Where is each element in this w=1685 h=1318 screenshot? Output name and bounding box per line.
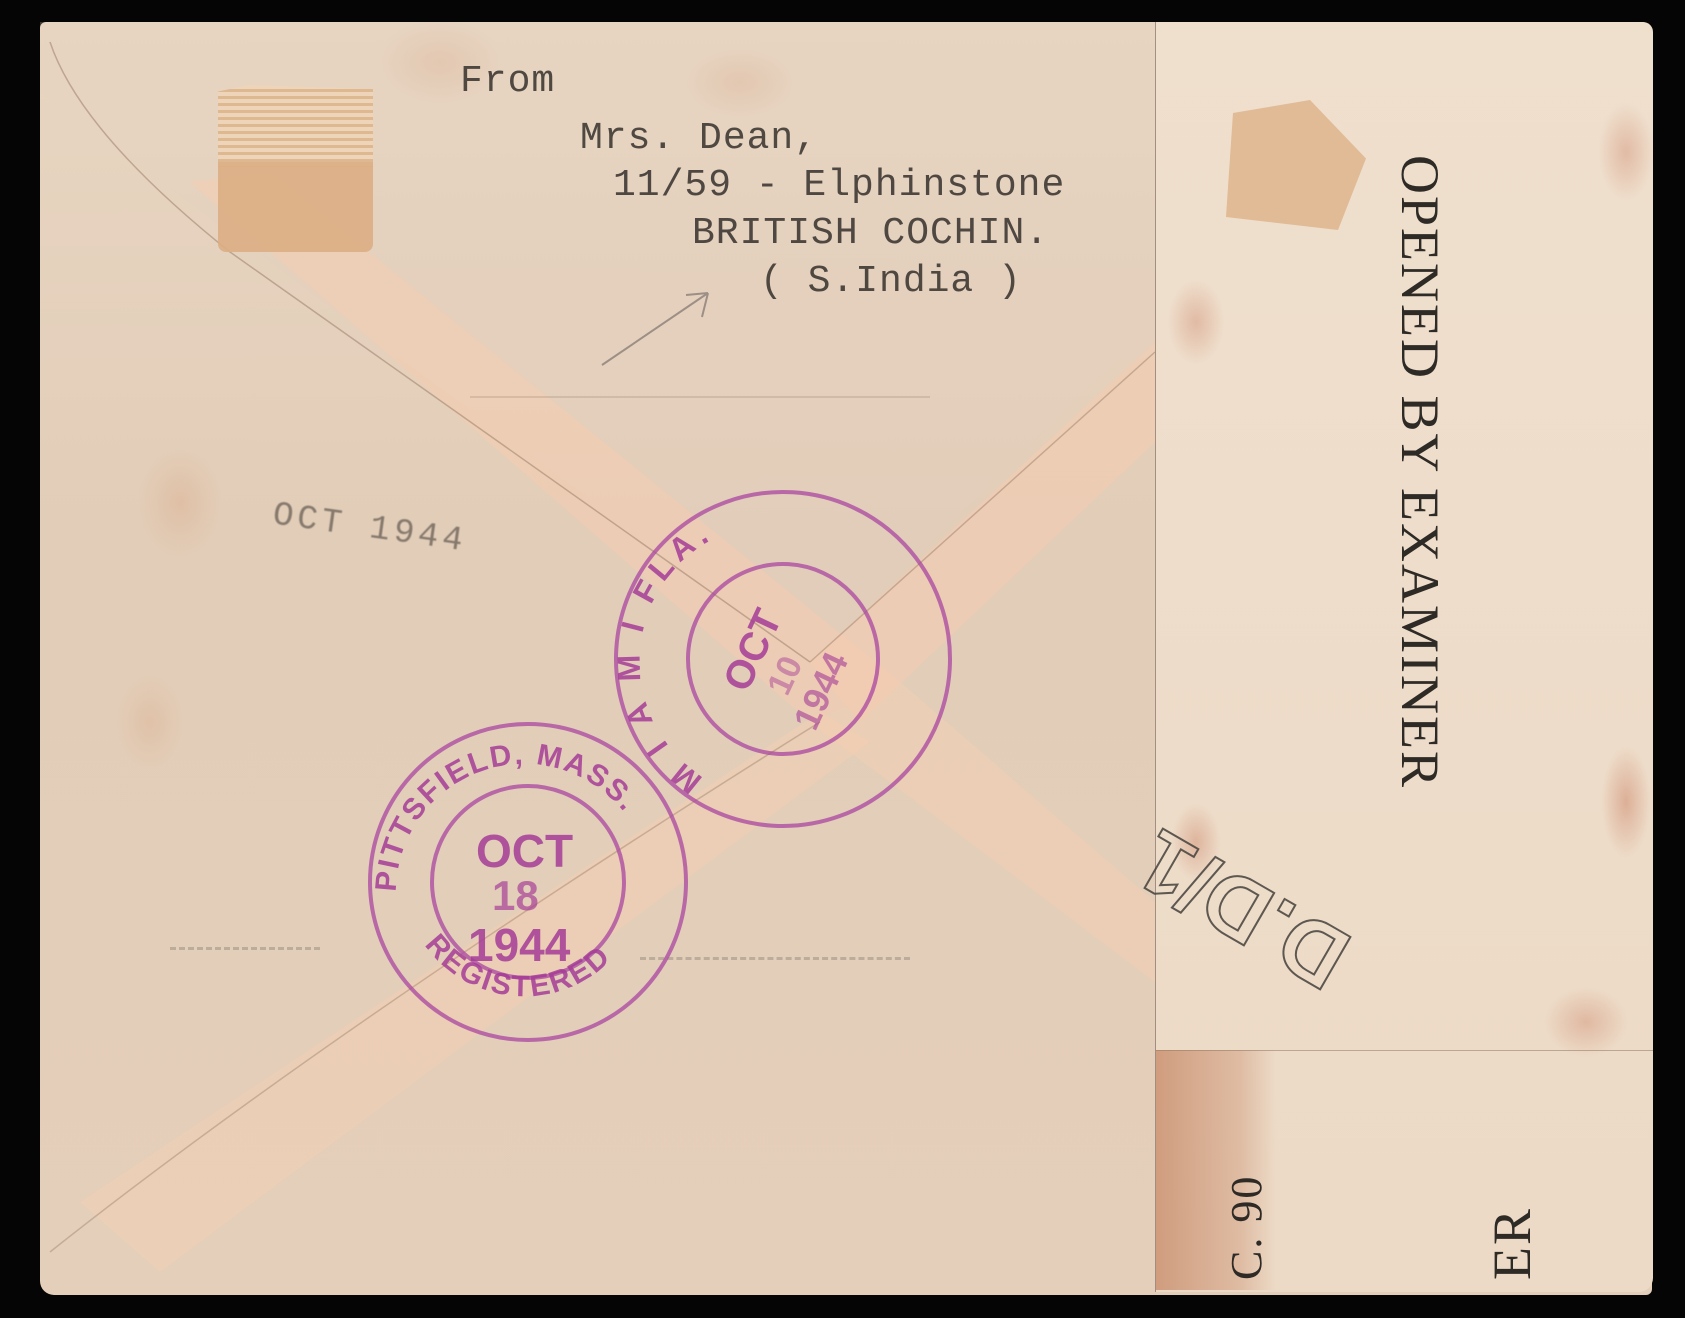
pencil-arrow-icon: [590, 287, 720, 377]
sender-city: BRITISH COCHIN.: [692, 212, 1049, 255]
sender-region: ( S.India ): [760, 260, 1022, 303]
from-label: From: [460, 60, 555, 103]
censor-tape: OPENED BY EXAMINER C. 90 ER: [1155, 22, 1653, 1292]
tape-seam: [1156, 1050, 1653, 1051]
dashed-line: [170, 947, 320, 950]
postmark-pittsfield-day: 18: [492, 872, 539, 920]
tape-remnant-bottom: [218, 162, 373, 252]
tape-remnant-top: [218, 85, 373, 167]
opened-by-examiner-label: OPENED BY EXAMINER: [1389, 155, 1451, 789]
postmark-pittsfield: PITTSFIELD, MASS. REGISTERED OCT 18 1944: [368, 722, 688, 1042]
tape-remnant-censor: [1226, 100, 1366, 230]
dashed-line: [640, 957, 910, 960]
sender-name: Mrs. Dean,: [580, 117, 818, 160]
postmark-pittsfield-month: OCT: [476, 824, 573, 878]
sender-street: 11/59 - Elphinstone: [613, 164, 1065, 207]
postmark-pittsfield-year: 1944: [468, 918, 570, 972]
censor-form-number: C. 90: [1221, 1175, 1272, 1280]
censor-label-fragment: ER: [1481, 1207, 1543, 1280]
